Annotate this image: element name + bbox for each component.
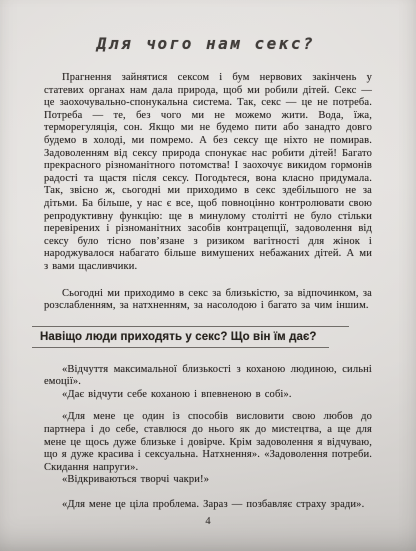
- quote-loved-confident: «Дає відчути себе коханою і впевненою в …: [44, 389, 372, 402]
- quote-whole-problem: «Для мене це ціла проблема. Зараз — позб…: [44, 499, 372, 512]
- quote-creative-chakras: «Відкриваються творчі чакри!»: [44, 474, 372, 487]
- quote-express-love: «Для мене це один із способів висловити …: [44, 411, 372, 474]
- page-number: 4: [0, 516, 416, 527]
- heading-rule-top: [32, 326, 349, 327]
- paragraph-today: Сьогодні ми приходимо в секс за близькіс…: [44, 288, 372, 313]
- section-heading: Навіщо люди приходять у секс? Що він їм …: [40, 331, 372, 343]
- page-content: Для чого нам секс? Прагнення зайнятися с…: [44, 34, 372, 512]
- quote-closeness: «Відчуття максимальної близькості з коха…: [44, 364, 372, 389]
- heading-rule-bottom: [32, 347, 329, 348]
- page-title: Для чого нам секс?: [40, 34, 372, 53]
- section-heading-block: Навіщо люди приходять у секс? Що він їм …: [44, 322, 372, 353]
- scanned-book-page: Для чого нам секс? Прагнення зайнятися с…: [0, 0, 416, 551]
- paragraph-intro: Прагнення зайнятися сексом і бум нервови…: [44, 72, 372, 274]
